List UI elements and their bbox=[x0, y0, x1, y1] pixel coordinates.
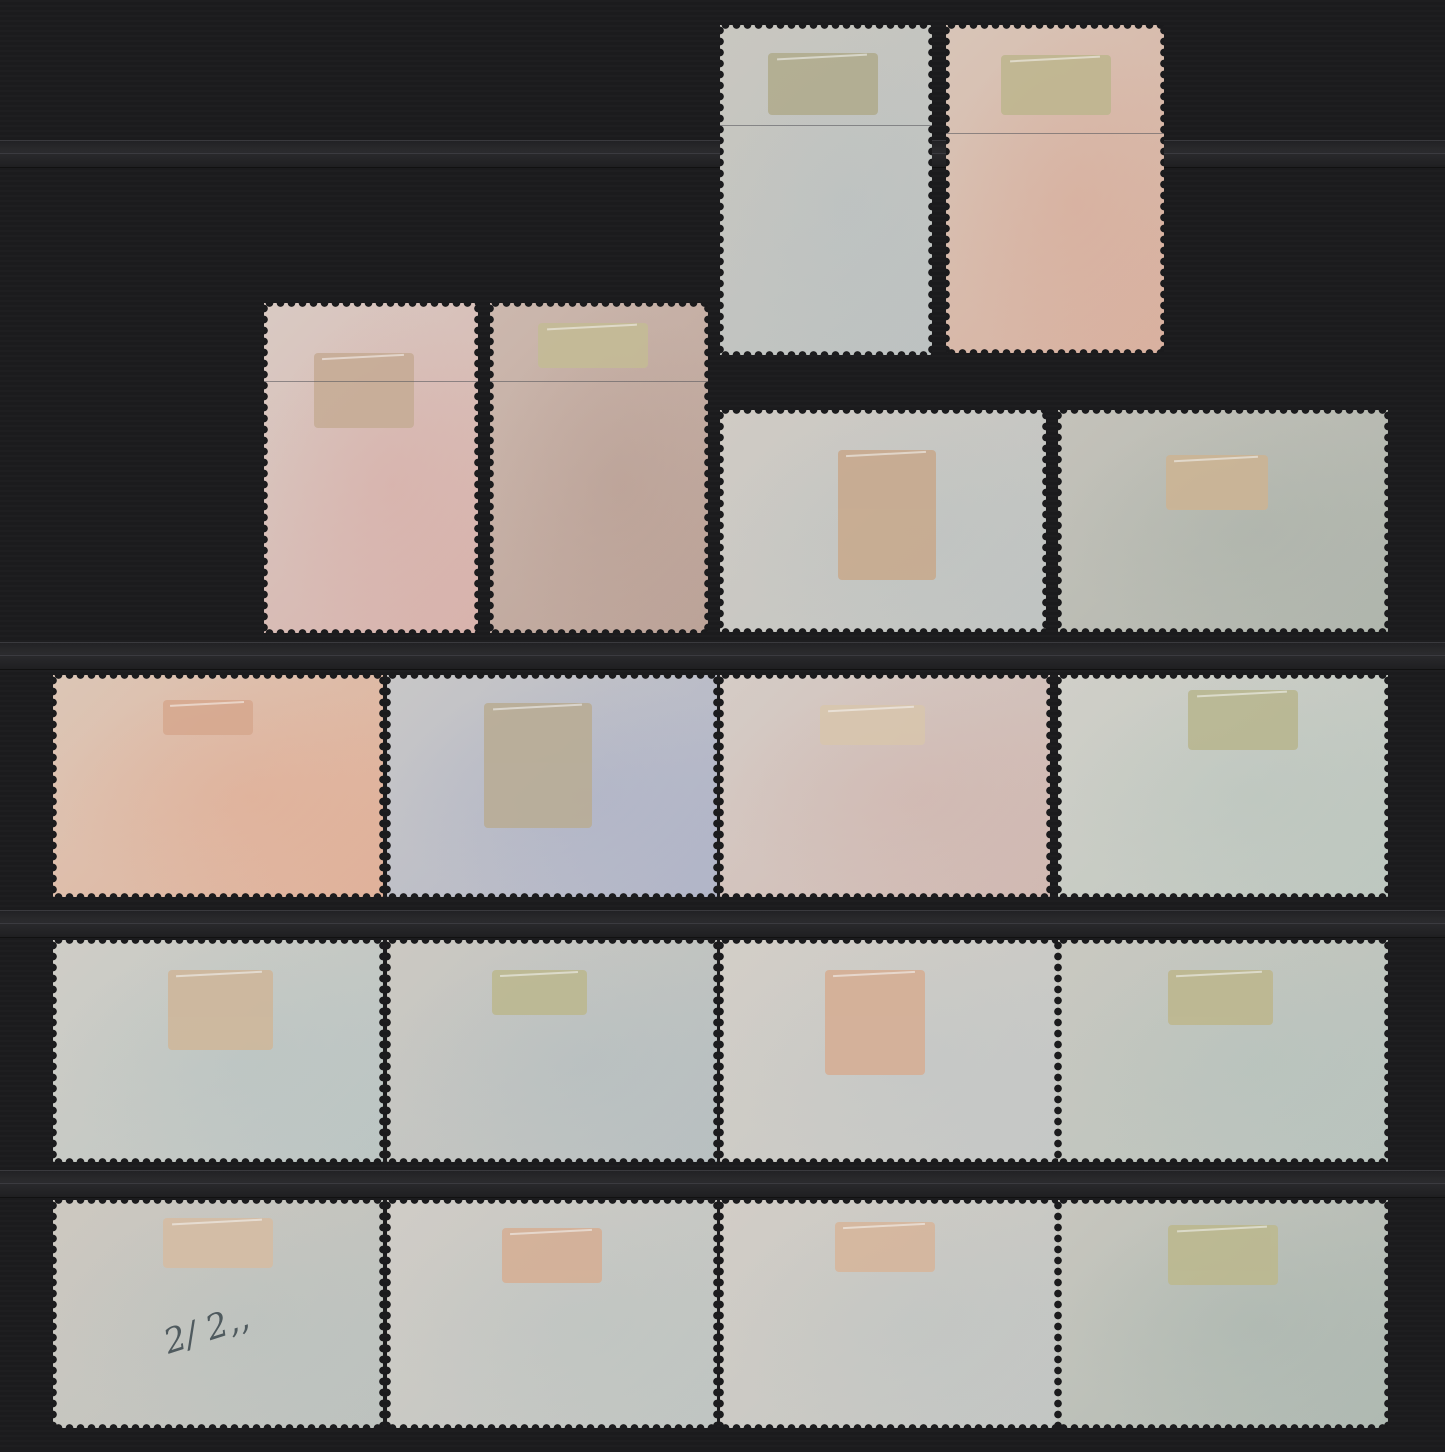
hinge-remnant bbox=[835, 1222, 935, 1272]
hinge-remnant bbox=[163, 1218, 273, 1268]
stamp-back bbox=[1058, 940, 1388, 1162]
stamp-back bbox=[387, 675, 717, 897]
hinge-remnant bbox=[1001, 55, 1111, 115]
stamp-back: 2/ 2,, bbox=[53, 1200, 383, 1428]
strip-shadow-line bbox=[264, 381, 478, 382]
strip-shadow-line bbox=[946, 133, 1164, 134]
hinge-remnant bbox=[538, 323, 648, 368]
hinge-remnant bbox=[502, 1228, 602, 1283]
strip-shadow-line bbox=[490, 381, 708, 382]
hinge-remnant bbox=[825, 970, 925, 1075]
stamp-back bbox=[946, 25, 1164, 353]
stamp-back bbox=[387, 1200, 717, 1428]
hinge-remnant bbox=[1166, 455, 1268, 510]
stamp-back bbox=[1058, 410, 1388, 632]
hinge-remnant bbox=[838, 450, 936, 580]
stamp-paper bbox=[1058, 410, 1388, 632]
stamp-back bbox=[53, 675, 383, 897]
hinge-remnant bbox=[768, 53, 878, 115]
stamp-back bbox=[1058, 675, 1388, 897]
stamp-back bbox=[720, 675, 1050, 897]
strip-shadow-line bbox=[720, 125, 932, 126]
hinge-remnant bbox=[1188, 690, 1298, 750]
hinge-remnant bbox=[492, 970, 587, 1015]
hinge-remnant bbox=[484, 703, 592, 828]
stock-strip bbox=[0, 910, 1445, 938]
hinge-remnant bbox=[1168, 970, 1273, 1025]
stamp-back bbox=[1058, 1200, 1388, 1428]
hinge-remnant bbox=[1168, 1225, 1278, 1285]
hinge-remnant bbox=[314, 353, 414, 428]
stamp-back bbox=[490, 303, 708, 633]
stamp-back bbox=[720, 940, 1058, 1162]
hinge-remnant bbox=[168, 970, 273, 1050]
stock-strip bbox=[0, 1170, 1445, 1198]
hinge-remnant bbox=[820, 705, 925, 745]
stamp-back bbox=[387, 940, 717, 1162]
stamp-back bbox=[264, 303, 478, 633]
stamp-back bbox=[720, 1200, 1058, 1428]
stock-page: 2/ 2,, bbox=[0, 0, 1445, 1452]
stock-strip bbox=[0, 642, 1445, 670]
stamp-back bbox=[720, 25, 932, 355]
hinge-remnant bbox=[163, 700, 253, 735]
stamp-back bbox=[53, 940, 383, 1162]
stamp-back bbox=[720, 410, 1046, 632]
